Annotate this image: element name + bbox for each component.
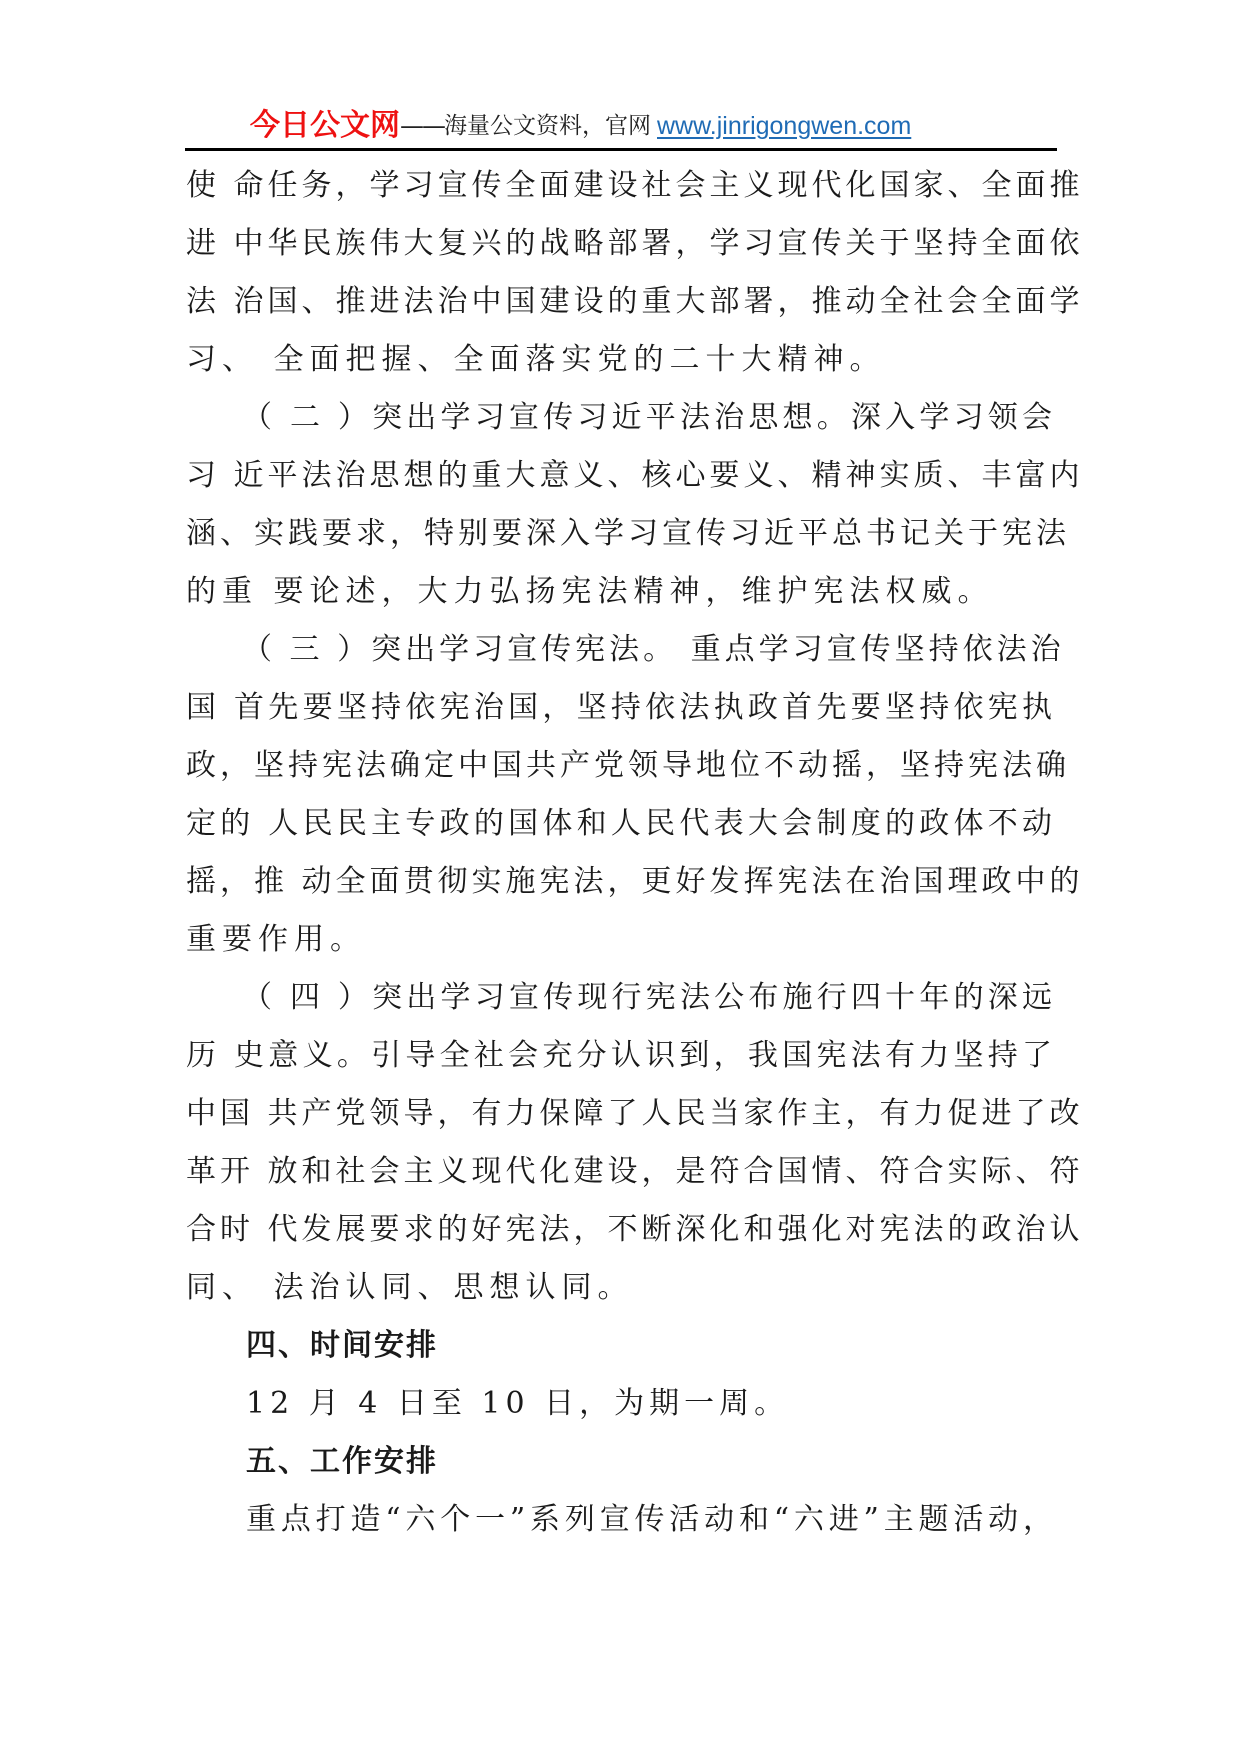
text-line: 使 命任务，学习宣传全面建设社会主义现代化国家、全面推 bbox=[186, 157, 1056, 215]
section-heading-work-plan: 五、工作安排 bbox=[186, 1433, 1056, 1491]
text-line: 法 治国、推进法治中国建设的重大部署，推动全社会全面学 bbox=[186, 273, 1056, 331]
site-brand: 今日公文网 bbox=[250, 108, 400, 144]
header-dash: —— bbox=[400, 108, 444, 144]
text-line: 国 首先要坚持依宪治国，坚持依法执政首先要坚持依宪执 bbox=[186, 679, 1056, 737]
text-line: 摇，推 动全面贯彻实施宪法，更好发挥宪法在治国理政中的 bbox=[186, 853, 1056, 911]
text-line: （ 四 ）突出学习宣传现行宪法公布施行四十年的深远 bbox=[186, 969, 1056, 1027]
text-line: 习 近平法治思想的重大意义、核心要义、精神实质、丰富内 bbox=[186, 447, 1056, 505]
text-line: 历 史意义。引导全社会充分认识到，我国宪法有力坚持了 bbox=[186, 1027, 1056, 1085]
text-line: 的重 要论述，大力弘扬宪法精神，维护宪法权威。 bbox=[186, 563, 1056, 621]
text-line: 合时 代发展要求的好宪法，不断深化和强化对宪法的政治认 bbox=[186, 1201, 1056, 1259]
text-line: （ 三 ）突出学习宣传宪法。 重点学习宣传坚持依法治 bbox=[186, 621, 1056, 679]
text-line: 革开 放和社会主义现代化建设，是符合国情、符合实际、符 bbox=[186, 1143, 1056, 1201]
schedule-text: 12 月 4 日至 10 日，为期一周。 bbox=[186, 1375, 1056, 1433]
site-url-link[interactable]: www.jinrigongwen.com bbox=[657, 108, 919, 144]
page-header: 今日公文网 —— 海量公文资料，官网 www.jinrigongwen.com bbox=[250, 104, 919, 144]
text-line: 中国 共产党领导，有力保障了人民当家作主，有力促进了改 bbox=[186, 1085, 1056, 1143]
text-line: 同、 法治认同、思想认同。 bbox=[186, 1259, 1056, 1317]
header-rule bbox=[185, 148, 1057, 151]
text-line: 进 中华民族伟大复兴的战略部署，学习宣传关于坚持全面依 bbox=[186, 215, 1056, 273]
header-tagline: 海量公文资料，官网 bbox=[444, 108, 651, 144]
work-plan-text: 重点打造“六个一”系列宣传活动和“六进”主题活动， bbox=[186, 1491, 1056, 1549]
text-line: 重要作用。 bbox=[186, 911, 1056, 969]
section-heading-schedule: 四、时间安排 bbox=[186, 1317, 1056, 1375]
text-line: 定的 人民民主专政的国体和人民代表大会制度的政体不动 bbox=[186, 795, 1056, 853]
text-line: 习、 全面把握、全面落实党的二十大精神。 bbox=[186, 331, 1056, 389]
text-line: （ 二 ）突出学习宣传习近平法治思想。深入学习领会 bbox=[186, 389, 1056, 447]
text-line: 涵、实践要求，特别要深入学习宣传习近平总书记关于宪法 bbox=[186, 505, 1056, 563]
document-body: 使 命任务，学习宣传全面建设社会主义现代化国家、全面推 进 中华民族伟大复兴的战… bbox=[186, 157, 1056, 1549]
text-line: 政，坚持宪法确定中国共产党领导地位不动摇，坚持宪法确 bbox=[186, 737, 1056, 795]
